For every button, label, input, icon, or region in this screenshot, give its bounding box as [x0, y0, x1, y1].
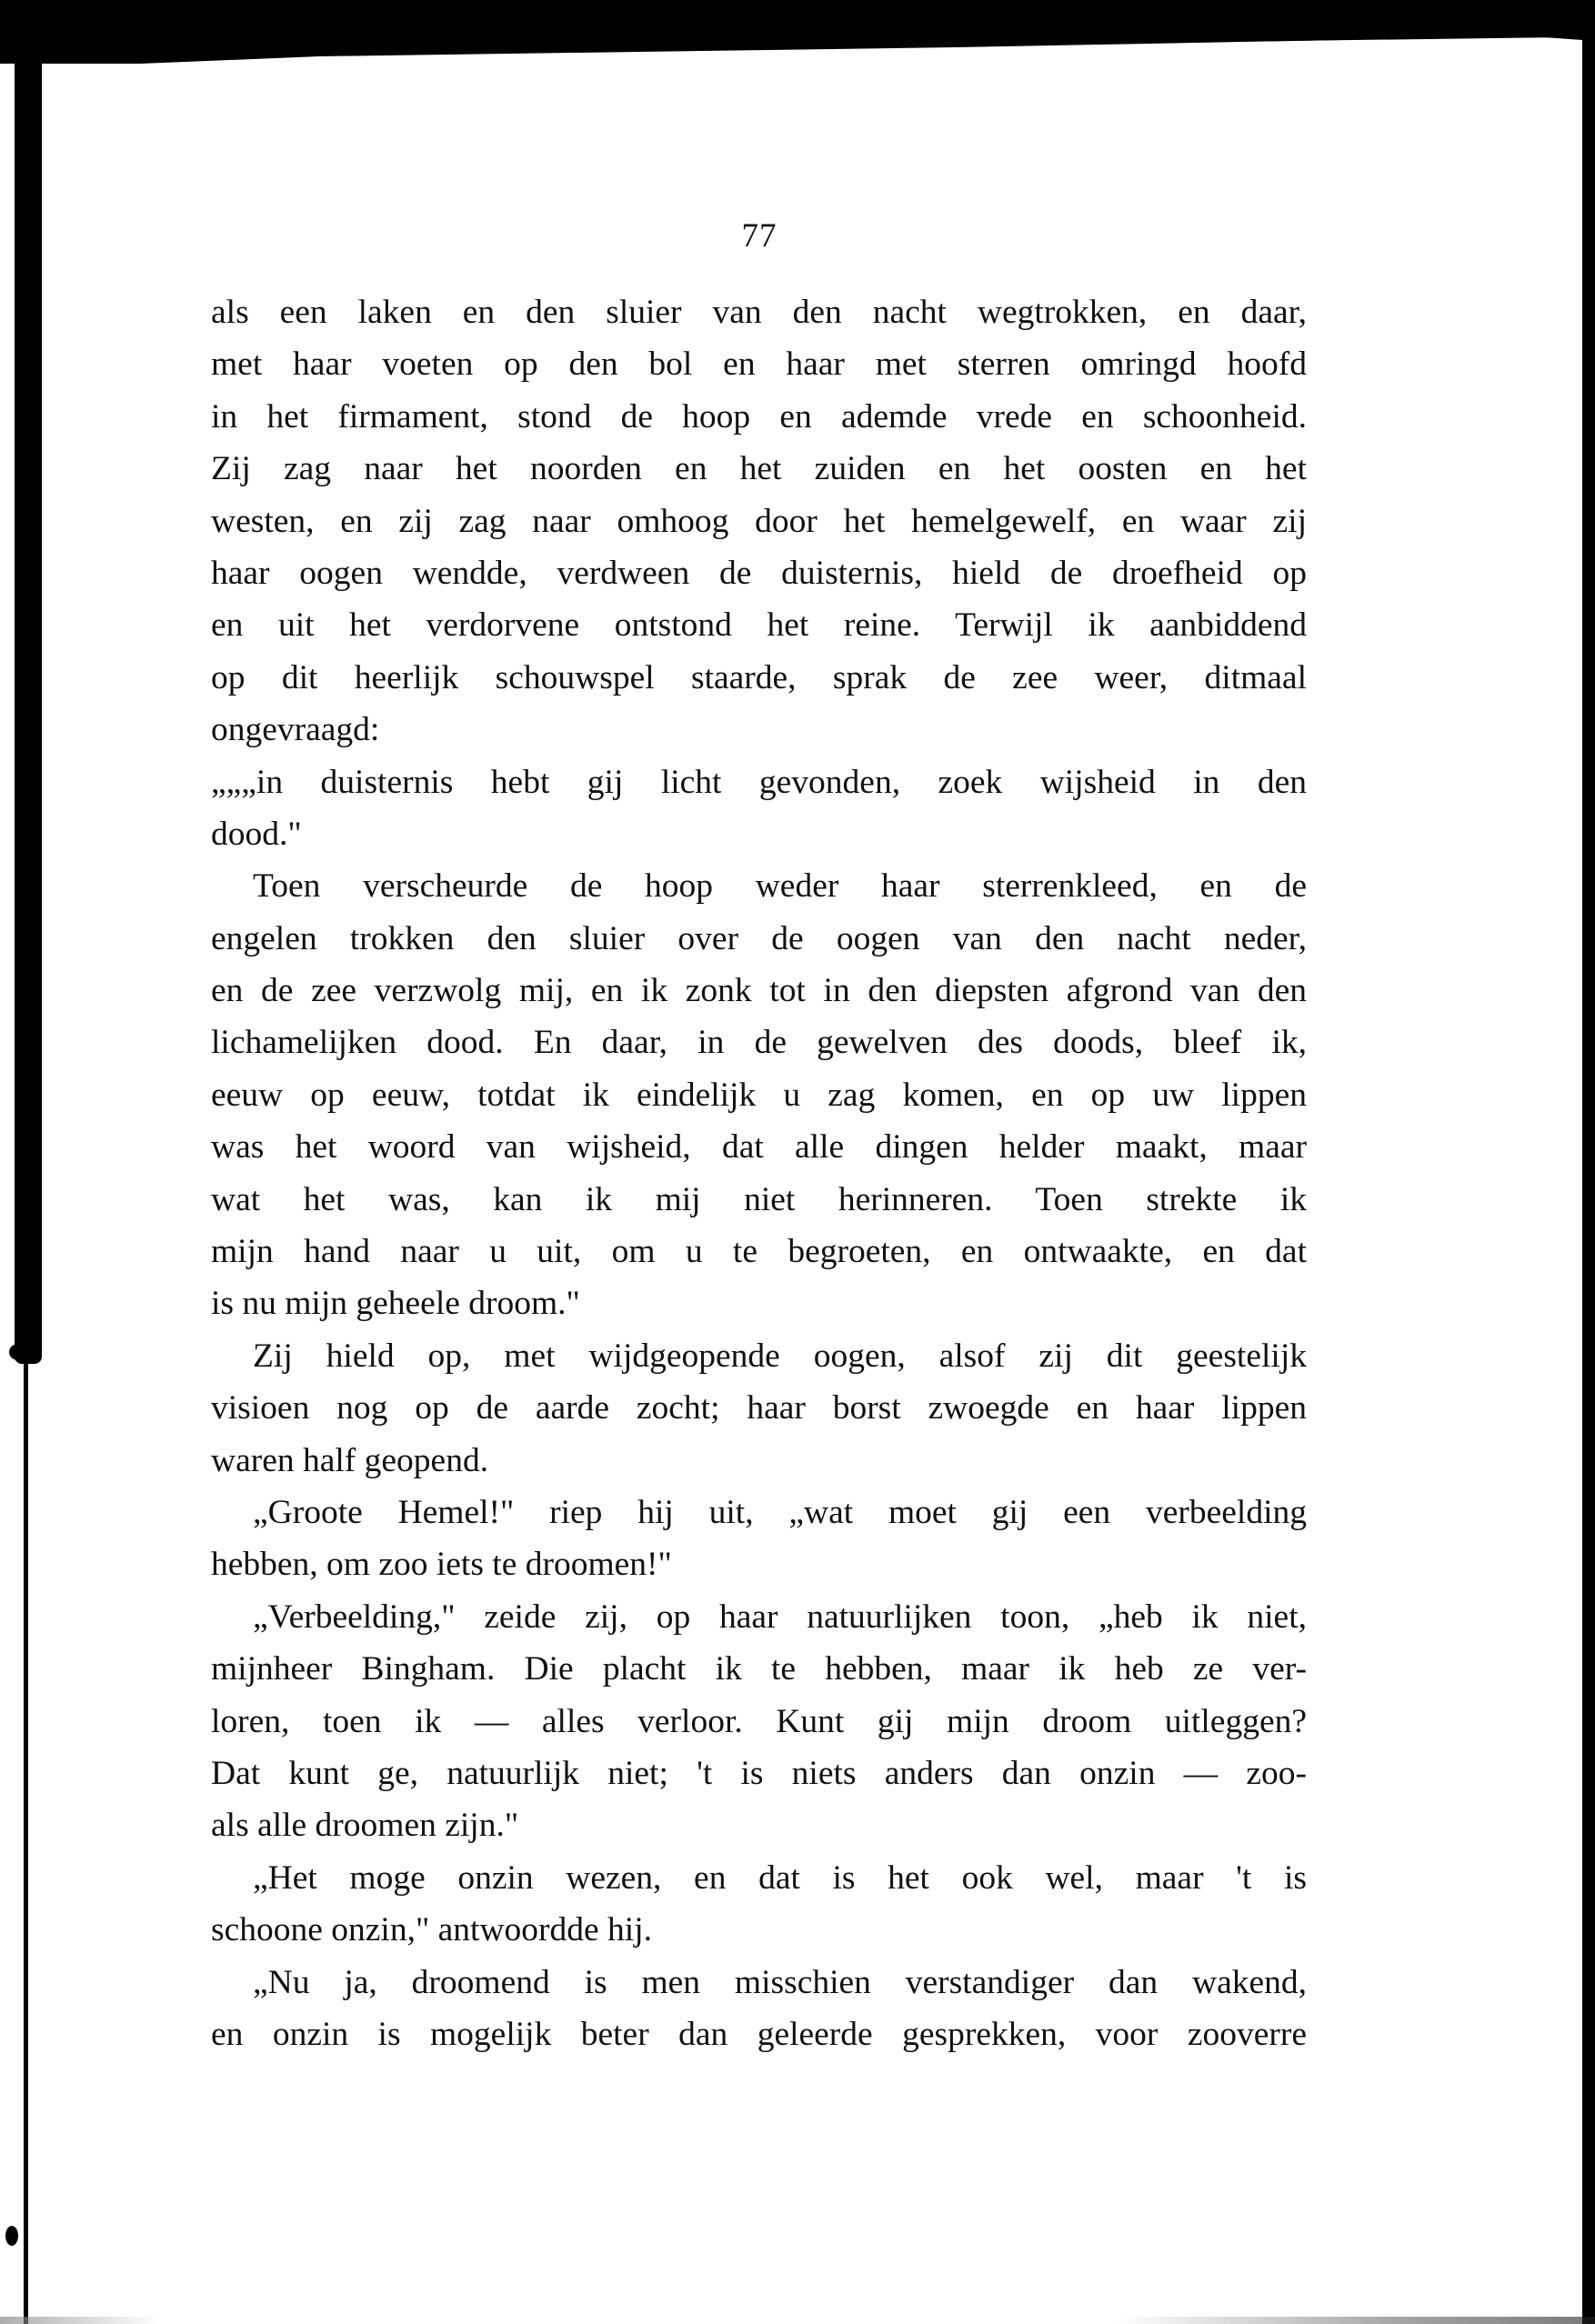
text-line: is nu mijn geheele droom." — [211, 1277, 1307, 1329]
text-line: visioen nog op de aarde zocht; haar bors… — [211, 1382, 1307, 1434]
text-line: op dit heerlijk schouwspel staarde, spra… — [211, 652, 1307, 704]
text-line: loren, toen ik — alles verloor. Kunt gij… — [211, 1696, 1307, 1748]
body-text: als een laken en den sluier van den nach… — [211, 286, 1307, 2060]
text-line: „Verbeelding," zeide zij, op haar natuur… — [211, 1591, 1307, 1643]
page-number: 77 — [0, 216, 1519, 255]
scan-border-bottom — [0, 2317, 1595, 2324]
text-line: was het woord van wijsheid, dat alle din… — [211, 1121, 1307, 1173]
text-line: in het firmament, stond de hoop en ademd… — [211, 391, 1307, 443]
text-line: als een laken en den sluier van den nach… — [211, 286, 1307, 338]
text-line: eeuw op eeuw, totdat ik eindelijk u zag … — [211, 1069, 1307, 1121]
text-line: haar oogen wendde, verdween de duisterni… — [211, 547, 1307, 599]
text-line: Zij hield op, met wijdgeopende oogen, al… — [211, 1330, 1307, 1382]
text-line: dood." — [211, 808, 1307, 860]
text-line: en onzin is mogelijk beter dan geleerde … — [211, 2008, 1307, 2060]
text-line: mijn hand naar u uit, om u te begroeten,… — [211, 1226, 1307, 1277]
text-line: met haar voeten op den bol en haar met s… — [211, 338, 1307, 390]
text-line: „Nu ja, droomend is men misschien versta… — [211, 1957, 1307, 2008]
text-line: als alle droomen zijn." — [211, 1799, 1307, 1851]
text-line: en uit het verdorvene ontstond het reine… — [211, 599, 1307, 651]
text-line: mijnheer Bingham. Die placht ik te hebbe… — [211, 1643, 1307, 1695]
text-line: hebben, om zoo iets te droomen!" — [211, 1538, 1307, 1590]
text-line: schoone onzin," antwoordde hij. — [211, 1904, 1307, 1956]
text-line: „Groote Hemel!" riep hij uit, „wat moet … — [211, 1487, 1307, 1538]
text-line: Zij zag naar het noorden en het zuiden e… — [211, 443, 1307, 495]
text-line: „„„in duisternis hebt gij licht gevonden… — [211, 756, 1307, 808]
text-line: waren half geopend. — [211, 1435, 1307, 1487]
text-line: „Het moge onzin wezen, en dat is het ook… — [211, 1852, 1307, 1904]
text-line: wat het was, kan ik mij niet herinneren.… — [211, 1174, 1307, 1226]
scan-blot — [5, 2226, 18, 2246]
scan-border-right — [1582, 0, 1595, 2324]
text-line: engelen trokken den sluier over de oogen… — [211, 913, 1307, 965]
text-line: ongevraagd: — [211, 704, 1307, 756]
text-line: lichamelijken dood. En daar, in de gewel… — [211, 1017, 1307, 1068]
text-line: en de zee verzwolg mij, en ik zonk tot i… — [211, 965, 1307, 1017]
text-line: Toen verscheurde de hoop weder haar ster… — [211, 860, 1307, 912]
scan-border-left-thin — [24, 1346, 28, 2324]
text-line: Dat kunt ge, natuurlijk niet; 't is niet… — [211, 1748, 1307, 1799]
scan-blot — [9, 1344, 27, 1360]
text-line: westen, en zij zag naar omhoog door het … — [211, 496, 1307, 547]
